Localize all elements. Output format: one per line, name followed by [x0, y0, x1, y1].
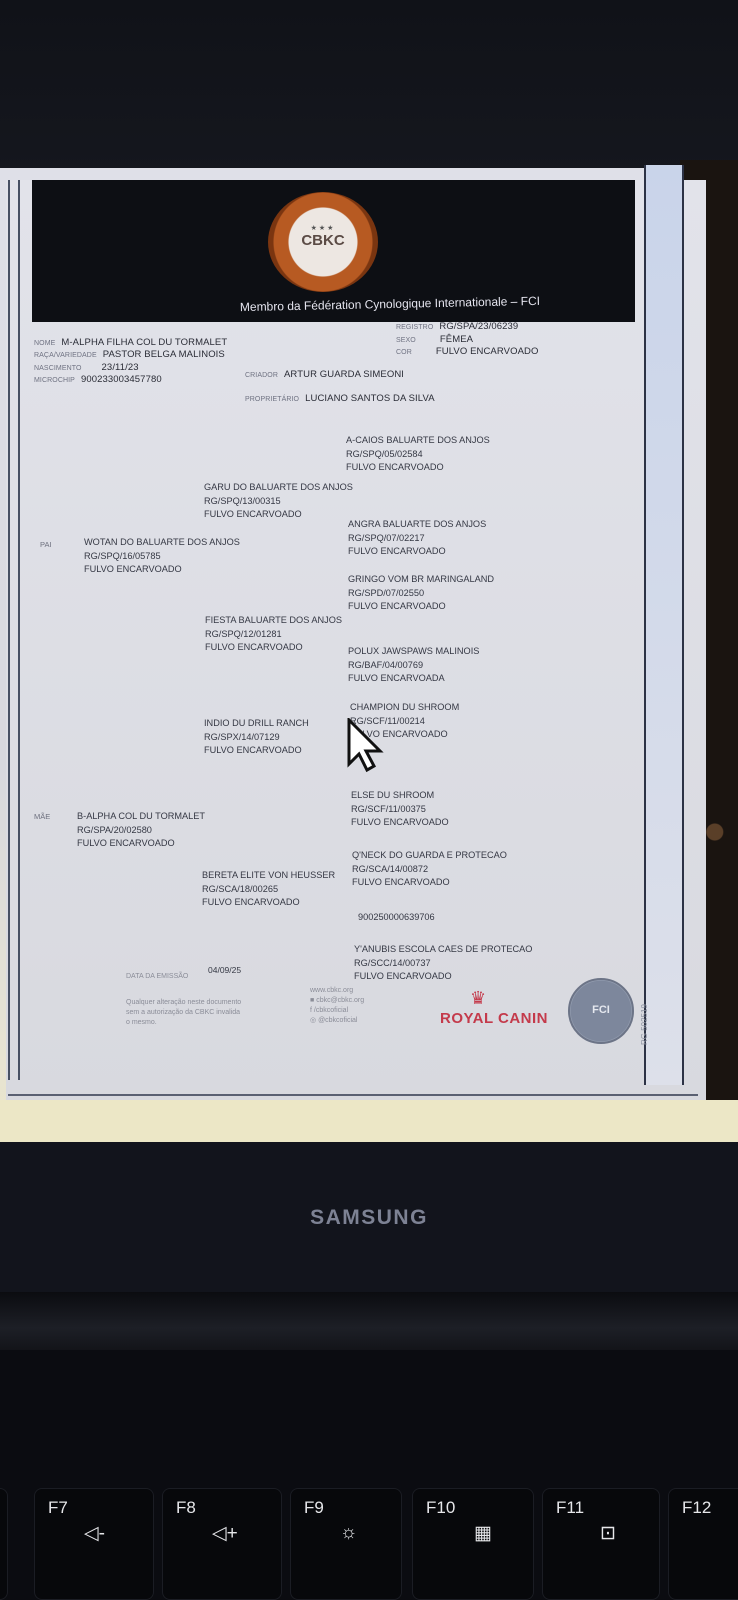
- issue-date-label: DATA DA EMISSÃO: [126, 972, 188, 982]
- stars-icon: ★★★: [268, 224, 378, 232]
- registry: RG/SPA/23/06239: [439, 321, 518, 332]
- display-pattern-icon: ▦: [474, 1522, 492, 1545]
- certificate-border-left: [8, 180, 20, 1080]
- instagram-icon: ◎: [310, 1017, 318, 1024]
- label-name: NOME: [34, 340, 55, 347]
- royal-canin-logo: ROYAL CANIN: [440, 1010, 548, 1027]
- mouse-cursor-icon: [347, 718, 387, 778]
- label-birth: NASCIMENTO: [34, 365, 82, 372]
- sex: FÊMEA: [440, 334, 473, 345]
- serial-number: RG 502519: [640, 1004, 649, 1045]
- ancestor-dam: B-ALPHA COL DU TORMALETRG/SPA/20/02580FU…: [77, 810, 205, 851]
- label-sire: PAI: [40, 540, 52, 549]
- label-breed: RAÇA/VARIEDADE: [34, 352, 97, 359]
- label-microchip: MICROCHIP: [34, 377, 75, 384]
- ancestor-sire-sire: GARU DO BALUARTE DOS ANJOSRG/SPQ/13/0031…: [204, 481, 353, 522]
- breed: PASTOR BELGA MALINOIS: [103, 349, 225, 360]
- breed-row: RAÇA/VARIEDADEPASTOR BELGA MALINOIS: [34, 348, 225, 362]
- key-f9[interactable]: F9 ☼: [290, 1488, 402, 1600]
- ancestor-sire-sire-sire: A-CAIOS BALUARTE DOS ANJOSRG/SPQ/05/0258…: [346, 434, 490, 475]
- cbkc-logo: ★★★ CBKC: [268, 192, 378, 292]
- microchip: 900233003457780: [81, 374, 162, 385]
- color: FULVO ENCARVOADO: [436, 346, 539, 357]
- color-row: CORFULVO ENCARVOADO: [396, 345, 538, 359]
- owner-row: PROPRIETÁRIOLUCIANO SANTOS DA SILVA: [245, 392, 435, 406]
- label-registry: REGISTRO: [396, 324, 433, 331]
- laptop-hinge: [0, 1292, 738, 1352]
- samsung-logo: SAMSUNG: [0, 1206, 738, 1230]
- ancestor-sire-dam: FIESTA BALUARTE DOS ANJOSRG/SPQ/12/01281…: [205, 614, 342, 655]
- label-breeder: CRIADOR: [245, 372, 278, 379]
- issue-date: 04/09/25: [208, 964, 241, 978]
- certificate-border-right: [644, 165, 684, 1085]
- volume-up-icon: ◁+: [212, 1522, 238, 1545]
- certificate-border-bottom: [8, 1094, 698, 1098]
- key-f6[interactable]: [0, 1488, 8, 1600]
- key-f7[interactable]: F7 ◁-: [34, 1488, 154, 1600]
- brightness-off-icon: ☼: [340, 1522, 357, 1544]
- key-f10[interactable]: F10 ▦: [412, 1488, 534, 1600]
- label-owner: PROPRIETÁRIO: [245, 396, 299, 403]
- key-f12[interactable]: F12: [668, 1488, 738, 1600]
- fci-seal: FCI: [568, 978, 634, 1044]
- ancestor-sire-sire-dam: ANGRA BALUARTE DOS ANJOSRG/SPQ/07/02217F…: [348, 518, 486, 559]
- microchip-row: MICROCHIP900233003457780: [34, 373, 162, 387]
- ancestor-sire-dam-dam: POLUX JAWSPAWS MALINOISRG/BAF/04/00769FU…: [348, 645, 479, 686]
- website-link: www.cbkc.org: [310, 986, 364, 996]
- label-dam: MÃE: [34, 812, 50, 821]
- dog-name: M-ALPHA FILHA COL DU TORMALET: [61, 337, 227, 348]
- label-sex: SEXO: [396, 337, 416, 344]
- label-color: COR: [396, 349, 412, 356]
- ancestor-dam-dam-dam: Y'ANUBIS ESCOLA CAES DE PROTECAORG/SCC/1…: [354, 943, 532, 984]
- ancestor-dam-dam: BERETA ELITE VON HEUSSERRG/SCA/18/00265F…: [202, 869, 335, 910]
- breeder-row: CRIADORARTUR GUARDA SIMEONI: [245, 368, 404, 382]
- ancestor-dam-dam-sire: Q'NECK DO GUARDA E PROTECAORG/SCA/14/008…: [352, 849, 507, 890]
- disclaimer: Qualquer alteração neste documentosem a …: [126, 998, 241, 1028]
- key-f8[interactable]: F8 ◁+: [162, 1488, 282, 1600]
- volume-down-icon: ◁-: [84, 1522, 105, 1545]
- owner: LUCIANO SANTOS DA SILVA: [305, 393, 435, 404]
- royal-canin-crown-icon: ♛: [470, 988, 486, 1009]
- breeder: ARTUR GUARDA SIMEONI: [284, 369, 404, 380]
- registry-row: REGISTRORG/SPA/23/06239: [396, 320, 518, 334]
- cbkc-logo-text: CBKC: [268, 232, 378, 249]
- dark-background: [0, 0, 738, 175]
- privacy-lock-icon: ⊡: [600, 1522, 616, 1545]
- key-f11[interactable]: F11 ⊡: [542, 1488, 660, 1600]
- ancestor-dam-sire-dam: ELSE DU SHROOMRG/SCF/11/00375FULVO ENCAR…: [351, 789, 449, 830]
- ancestor-sire-dam-sire: GRINGO VOM BR MARINGALANDRG/SPD/07/02550…: [348, 573, 494, 614]
- birth-date: 23/11/23: [102, 362, 139, 373]
- ancestor-dam-sire: INDIO DU DRILL RANCHRG/SPX/14/07129FULVO…: [204, 717, 309, 758]
- contact-links: www.cbkc.org ■ cbkc@cbkc.org f /cbkcofic…: [310, 986, 364, 1026]
- ancestor-sire: WOTAN DO BALUARTE DOS ANJOSRG/SPQ/16/057…: [84, 536, 240, 577]
- dam-dam-microchip: 900250000639706: [358, 911, 435, 925]
